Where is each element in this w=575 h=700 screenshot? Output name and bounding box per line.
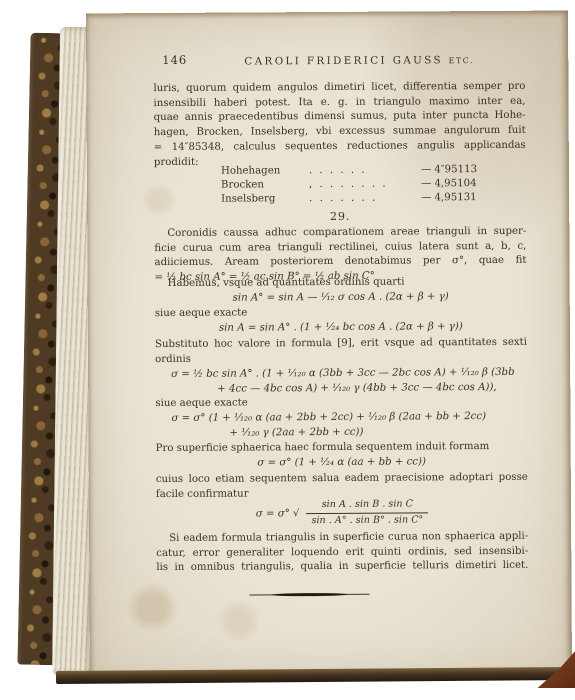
text-line: = 14″85348, calculus sequentes reduction… <box>154 139 526 156</box>
text-line: lis in omnibus triangulis, qualia in sup… <box>156 559 528 576</box>
list-item: Hohehagen . . . . . . — 4″95113 <box>221 163 481 179</box>
list-item: Inselsberg . . . . . . . — 4,95131 <box>221 191 481 207</box>
book-bottom-edge <box>56 667 570 684</box>
page-content: 146 CAROLI FRIDERICI GAUSS ETC. luris, q… <box>86 11 572 682</box>
reductions-list: Hohehagen . . . . . . — 4″95113 Brocken … <box>221 163 481 207</box>
text-line: cuius loco etiam sequentem salua eadem p… <box>156 471 528 488</box>
formula-sigma-exact: σ = σ° (1 + ¹⁄₁₂₀ α (aa + 2bb + 2cc) + ¹… <box>155 410 527 442</box>
formula-line: σ = σ° (1 + ¹⁄₁₂₀ α (aa + 2bb + 2cc) + ¹… <box>155 410 527 427</box>
station-name: Inselsberg <box>221 193 309 208</box>
fraction-denominator: sin . A° . sin B° . sin C° <box>307 513 429 527</box>
paragraph-7: Si eadem formula triangulis in superfici… <box>156 530 528 576</box>
paragraph-1: luris, quorum quidem angulos dimetiri li… <box>153 80 526 170</box>
station-name: Hohehagen <box>221 164 309 179</box>
leader-dots: . . . . . . . <box>309 192 421 207</box>
list-item: Brocken , . . . . . . . — 4,95104 <box>221 177 481 193</box>
leader-dots: , . . . . . . . <box>309 178 421 193</box>
page-number: 146 <box>162 53 187 68</box>
reduction-value: — 4″95113 <box>421 163 477 178</box>
running-header: CAROLI FRIDERICI GAUSS ETC. <box>214 53 504 70</box>
fraction: sin A . sin B . sin Csin . A° . sin B° .… <box>306 498 428 527</box>
formula-sigma-root: σ = σ° √sin A . sin B . sin Csin . A° . … <box>156 498 528 528</box>
text-line: ordinis <box>155 350 527 367</box>
section-divider <box>250 592 370 598</box>
formula-sigma-expanded: σ = ½ bc sin A° . (1 + ¹⁄₁₂₀ α (3bb + 3c… <box>155 366 527 398</box>
running-header-suffix: ETC. <box>449 56 475 65</box>
paragraph-4: Substituto hoc valore in formula [9], er… <box>155 336 527 368</box>
reduction-value: — 4,95131 <box>421 192 477 207</box>
running-header-title: CAROLI FRIDERICI GAUSS <box>244 54 443 67</box>
formula-lhs: σ = σ° √ <box>256 508 300 519</box>
formula-sinA-exact: sin A = sin A° . (1 + ¹⁄₂₄ bc cos A . (2… <box>155 320 527 337</box>
text-line: Substituto hoc valore in formula [9], er… <box>155 336 527 353</box>
leader-dots: . . . . . . <box>309 163 421 178</box>
book-page: 146 CAROLI FRIDERICI GAUSS ETC. luris, q… <box>86 11 572 682</box>
reduction-value: — 4,95104 <box>421 177 477 192</box>
section-number: 29. <box>154 209 526 226</box>
formula-line: + ¹⁄₁₂₀ γ (2aa + 2bb + cc)) <box>155 424 527 441</box>
text-line: adiiciemus. Aream posteriorem denotabimu… <box>154 254 526 271</box>
fraction-numerator: sin A . sin B . sin C <box>306 498 428 513</box>
formula-sigma-spherical: σ = σ° (1 + ¹⁄₂₄ α (aa + bb + cc)) <box>156 455 528 472</box>
station-name: Brocken <box>221 178 309 193</box>
